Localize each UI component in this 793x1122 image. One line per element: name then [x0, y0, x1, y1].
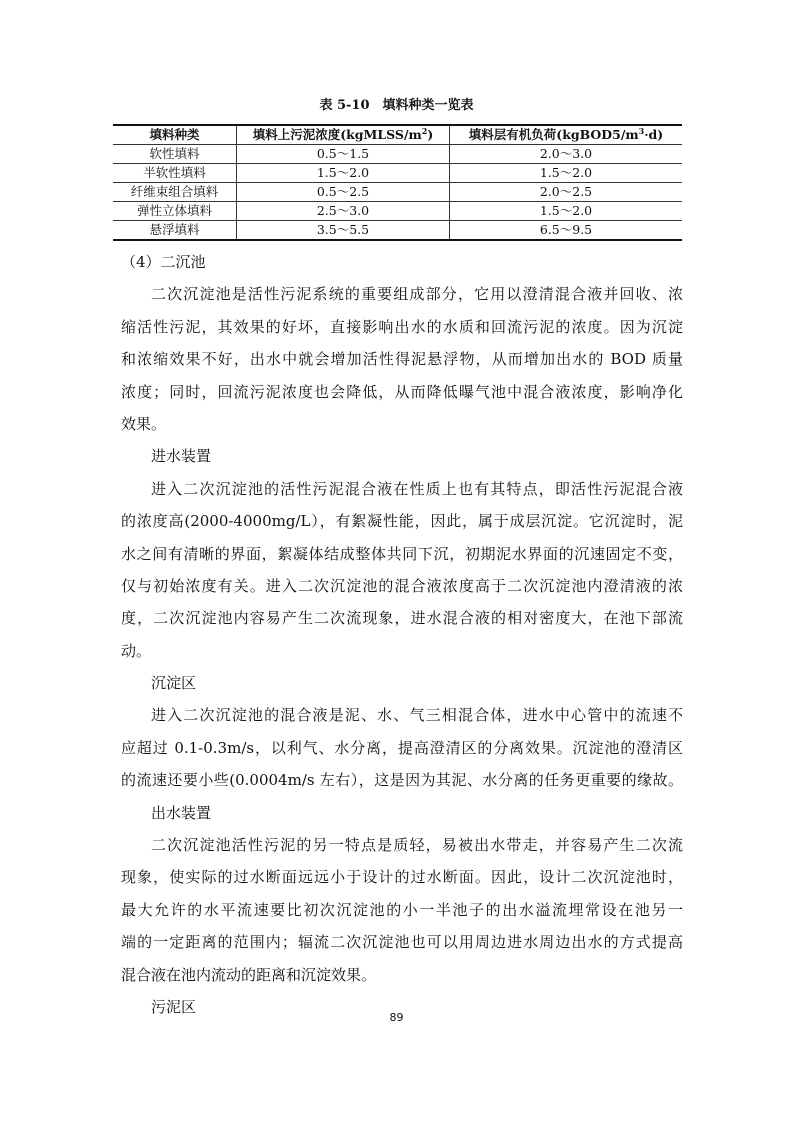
table-row: 弹性立体填料 2.5～3.0 1.5～2.0 — [113, 202, 682, 221]
table-caption: 表 5-10 填料种类一览表 — [0, 94, 793, 113]
header-text: 填料层有机负荷(kgBOD5/m — [469, 127, 639, 142]
header-tail: ) — [427, 127, 433, 142]
cell-sludge: 1.5～2.0 — [237, 164, 450, 183]
text-line: 端的一定距离的范围内；辐流二次沉淀池也可以用周边进水周边出水的方式提高 — [121, 926, 683, 958]
cell-sludge: 3.5～5.5 — [237, 221, 450, 241]
header-tail: ·d) — [644, 127, 663, 142]
paragraph-settling-zone: 进入二次沉淀池的混合液是泥、水、气三相混合体，进水中心管中的流速不 应超过 0.… — [121, 699, 683, 796]
cell-type: 软性填料 — [113, 145, 237, 164]
text-line: 二次沉淀池活性污泥的另一特点是质轻，易被出水带走，并容易产生二次流 — [121, 829, 683, 861]
text-line: 水之间有清晰的界面，絮凝体结成整体共同下沉，初期泥水界面的沉速固定不变， — [121, 538, 683, 570]
text-line: 的浓度高(2000-4000mg/L），有絮凝性能，因此，属于成层沉淀。它沉淀时… — [121, 505, 683, 537]
table-header-row: 填料种类 填料上污泥浓度(kgMLSS/m2) 填料层有机负荷(kgBOD5/m… — [113, 125, 682, 145]
column-header-organic-load: 填料层有机负荷(kgBOD5/m3·d) — [450, 125, 683, 145]
text-line: 动。 — [121, 635, 683, 667]
text-line: 和浓缩效果不好，出水中就会增加活性得泥悬浮物，从而增加出水的 BOD 质量 — [121, 343, 683, 375]
text-line: 二次沉淀池是活性污泥系统的重要组成部分，它用以澄清混合液并回收、浓 — [121, 278, 683, 310]
cell-type: 悬浮填料 — [113, 221, 237, 241]
cell-load: 1.5～2.0 — [450, 202, 683, 221]
table-row: 纤维束组合填料 0.5～2.5 2.0～2.5 — [113, 183, 682, 202]
text-line: 的流速还要小些(0.0004m/s 左右），这是因为其泥、水分离的任务更重要的缘… — [121, 764, 683, 796]
table-row: 软性填料 0.5～1.5 2.0～3.0 — [113, 145, 682, 164]
text-line: 应超过 0.1-0.3m/s，以利气、水分离，提高澄清区的分离效果。沉淀池的澄清… — [121, 732, 683, 764]
page-number: 89 — [0, 1011, 793, 1024]
header-text: 填料种类 — [149, 127, 199, 142]
text-line: 混合液在池内流动的距离和沉淀效果。 — [121, 959, 683, 991]
cell-sludge: 0.5～1.5 — [237, 145, 450, 164]
table-row: 半软性填料 1.5～2.0 1.5～2.0 — [113, 164, 682, 183]
text-line: 进入二次沉淀池的混合液是泥、水、气三相混合体，进水中心管中的流速不 — [121, 699, 683, 731]
paragraph-intro: 二次沉淀池是活性污泥系统的重要组成部分，它用以澄清混合液并回收、浓 缩活性污泥，… — [121, 278, 683, 440]
filler-types-table: 填料种类 填料上污泥浓度(kgMLSS/m2) 填料层有机负荷(kgBOD5/m… — [113, 124, 682, 241]
cell-type: 纤维束组合填料 — [113, 183, 237, 202]
text-line: 最大允许的水平流速要比初次沉淀池的小一半池子的出水溢流埋常设在池另一 — [121, 894, 683, 926]
table-row: 悬浮填料 3.5～5.5 6.5～9.5 — [113, 221, 682, 241]
text-line: 效果。 — [121, 408, 683, 440]
subheading-outlet: 出水装置 — [121, 797, 683, 829]
column-header-type: 填料种类 — [113, 125, 237, 145]
cell-type: 弹性立体填料 — [113, 202, 237, 221]
cell-load: 6.5～9.5 — [450, 221, 683, 241]
text-line: 缩活性污泥，其效果的好坏，直接影响出水的水质和回流污泥的浓度。因为沉淀 — [121, 311, 683, 343]
cell-load: 2.0～3.0 — [450, 145, 683, 164]
cell-type: 半软性填料 — [113, 164, 237, 183]
column-header-sludge-concentration: 填料上污泥浓度(kgMLSS/m2) — [237, 125, 450, 145]
text-line: 度，二次沉淀池内容易产生二次流现象，进水混合液的相对密度大，在池下部流 — [121, 602, 683, 634]
header-text: 填料上污泥浓度(kgMLSS/m — [253, 127, 422, 142]
cell-sludge: 2.5～3.0 — [237, 202, 450, 221]
subheading-settling-zone: 沉淀区 — [121, 667, 683, 699]
text-line: 进入二次沉淀池的活性污泥混合液在性质上也有其特点，即活性污泥混合液 — [121, 473, 683, 505]
body-text: （4）二沉池 二次沉淀池是活性污泥系统的重要组成部分，它用以澄清混合液并回收、浓… — [121, 246, 683, 1023]
section-heading: （4）二沉池 — [121, 246, 683, 278]
cell-sludge: 0.5～2.5 — [237, 183, 450, 202]
cell-load: 1.5～2.0 — [450, 164, 683, 183]
text-line: 现象，使实际的过水断面远远小于设计的过水断面。因此，设计二次沉淀池时， — [121, 861, 683, 893]
subheading-inlet: 进水装置 — [121, 440, 683, 472]
text-line: 浓度；同时，回流污泥浓度也会降低，从而降低曝气池中混合液浓度，影响净化 — [121, 376, 683, 408]
paragraph-inlet: 进入二次沉淀池的活性污泥混合液在性质上也有其特点，即活性污泥混合液 的浓度高(2… — [121, 473, 683, 667]
paragraph-outlet: 二次沉淀池活性污泥的另一特点是质轻，易被出水带走，并容易产生二次流 现象，使实际… — [121, 829, 683, 991]
cell-load: 2.0～2.5 — [450, 183, 683, 202]
text-line: 仅与初始浓度有关。进入二次沉淀池的混合液浓度高于二次沉淀池内澄清液的浓 — [121, 570, 683, 602]
